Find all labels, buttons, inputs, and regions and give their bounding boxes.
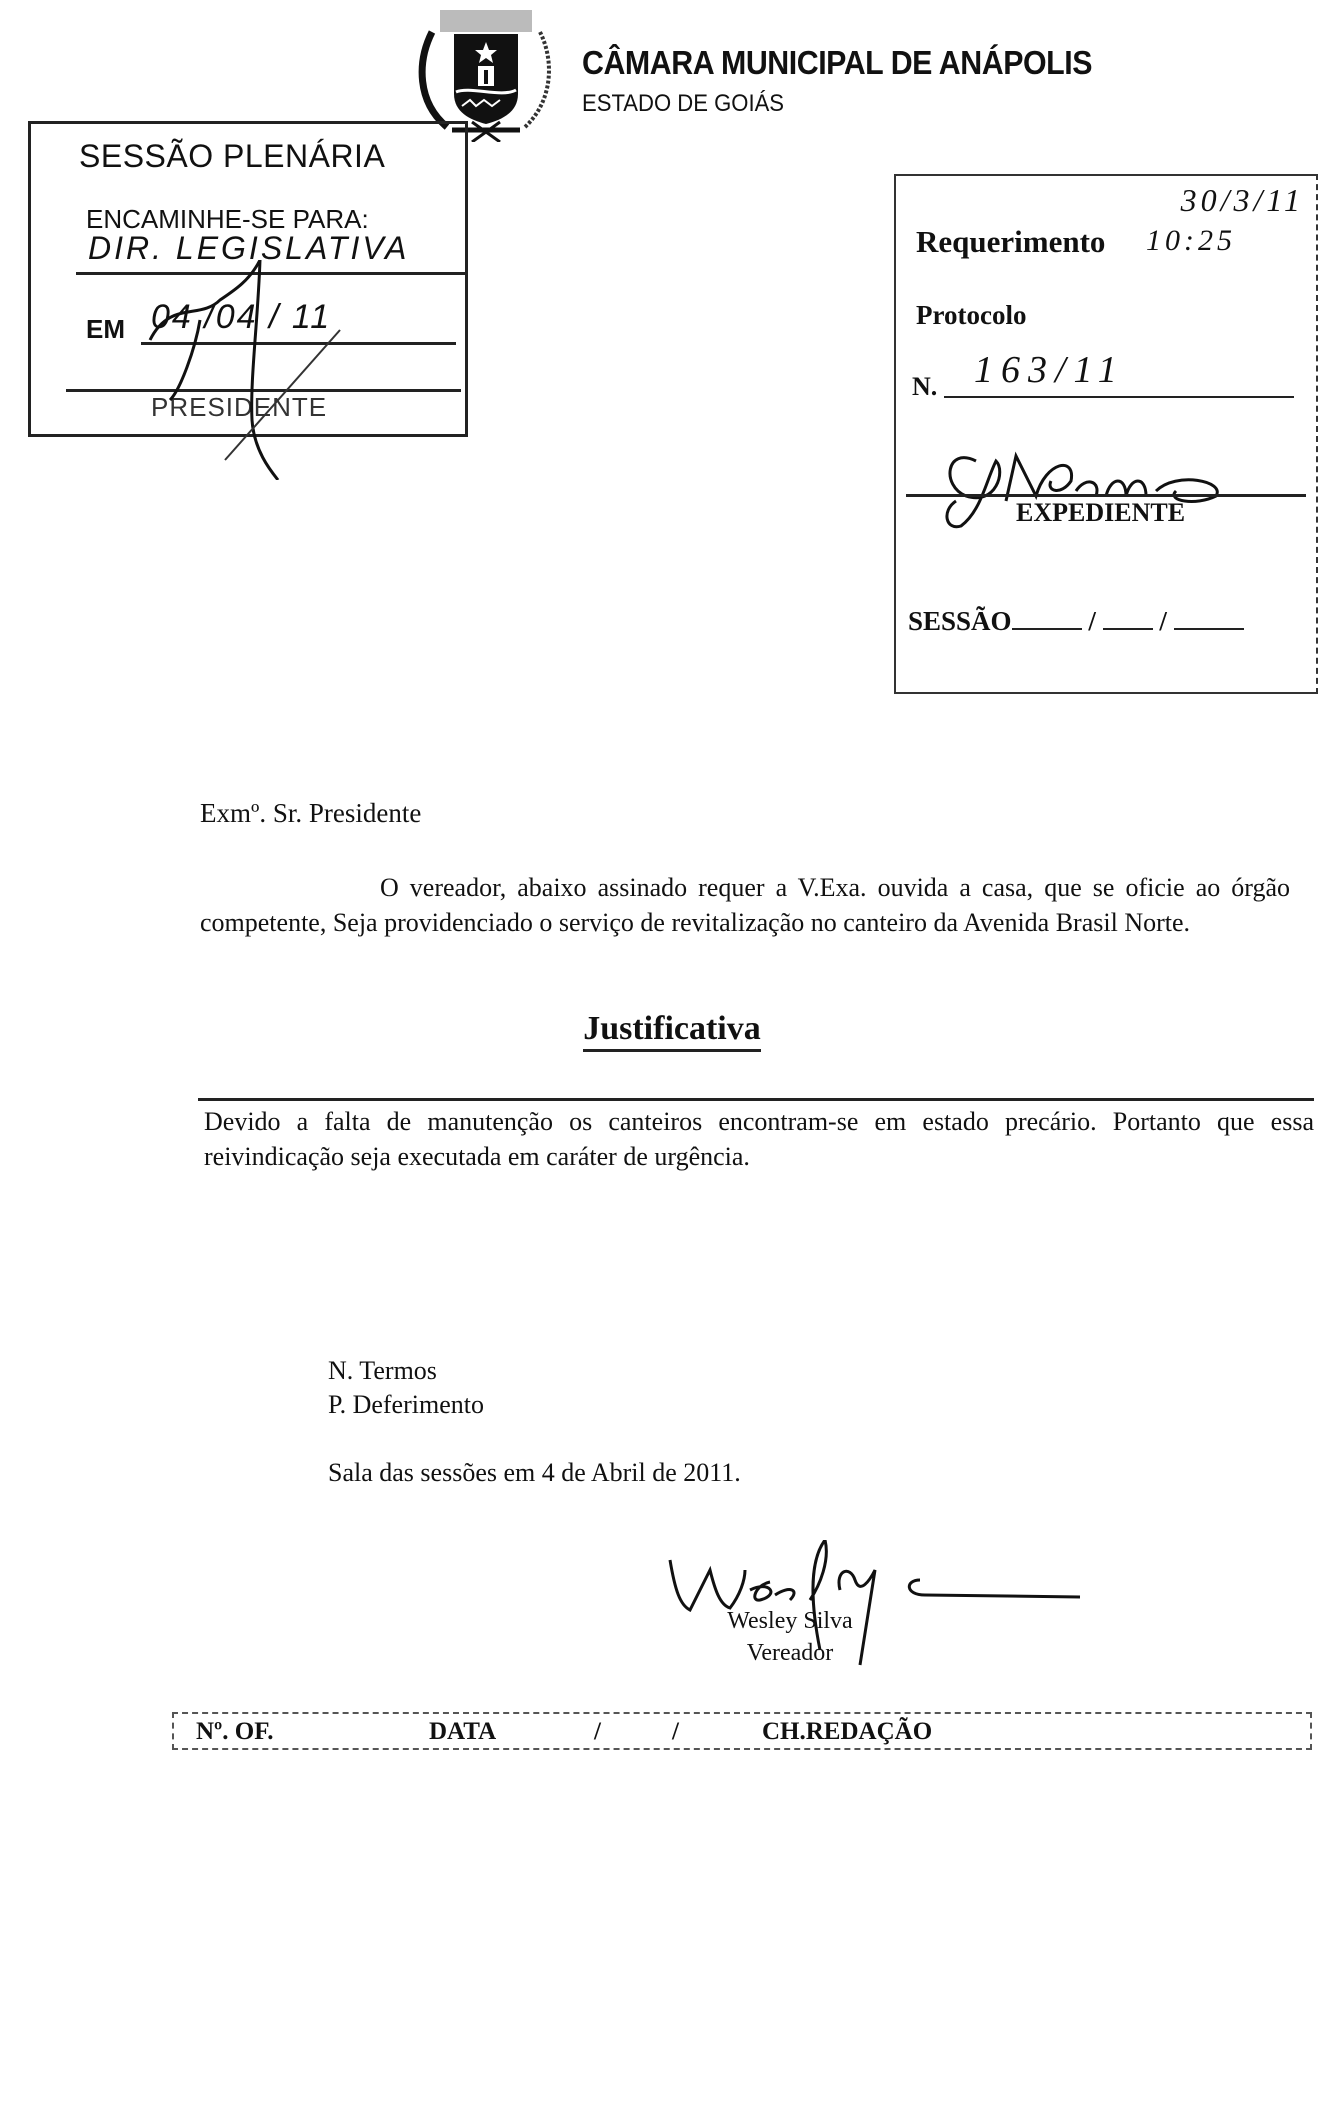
- state-name: ESTADO DE GOIÁS: [582, 90, 784, 118]
- place-and-date: Sala das sessões em 4 de Abril de 2011.: [328, 1458, 741, 1488]
- date-label: EM: [86, 314, 125, 345]
- date-separator: /: [672, 1718, 679, 1746]
- closing-line-1: N. Termos: [328, 1356, 437, 1386]
- signer-name: Wesley Silva: [690, 1608, 890, 1635]
- date-separator: /: [594, 1718, 601, 1746]
- office-number-label: Nº. OF.: [196, 1718, 273, 1746]
- expediente-label: EXPEDIENTE: [1016, 498, 1185, 528]
- president-signature: [140, 260, 380, 480]
- protocol-stamp: 30/3/11 Requerimento 10:25 Protocolo N. …: [894, 174, 1318, 694]
- divider: [198, 1098, 1314, 1101]
- office-form-row: Nº. OF. DATA / / CH.REDAÇÃO: [172, 1712, 1312, 1750]
- organization-name: CÂMARA MUNICIPAL DE ANÁPOLIS: [582, 44, 1092, 82]
- closing-line-2: P. Deferimento: [328, 1390, 484, 1420]
- stamp-title: SESSÃO PLENÁRIA: [79, 138, 385, 175]
- number-label: N.: [912, 372, 937, 402]
- signer-role: Vereador: [690, 1640, 890, 1667]
- protocol-number: 163/11: [944, 348, 1294, 398]
- writer-label: CH.REDAÇÃO: [762, 1718, 932, 1746]
- document-type-label: Requerimento: [916, 224, 1105, 260]
- received-date: 30/3/11: [1181, 182, 1304, 219]
- protocol-label: Protocolo: [916, 300, 1026, 331]
- justification-heading: Justificativa: [0, 1010, 1344, 1048]
- expediente-line: [906, 494, 1306, 497]
- request-paragraph: O vereador, abaixo assinado requer a V.E…: [200, 870, 1290, 940]
- date-label: DATA: [429, 1718, 496, 1746]
- justification-paragraph: Devido a falta de manutenção os canteiro…: [204, 1104, 1314, 1174]
- salutation: Exmº. Sr. Presidente: [200, 798, 421, 829]
- received-time: 10:25: [1146, 224, 1236, 258]
- session-field: SESSÃO / /: [908, 606, 1244, 637]
